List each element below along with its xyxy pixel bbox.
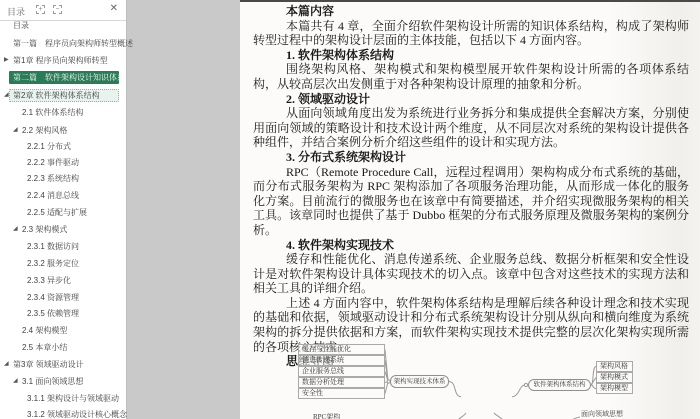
toc-item-label: 3.1 面向领域思想 bbox=[22, 374, 83, 389]
toc-item[interactable]: 2.3.2 服务定位 bbox=[0, 256, 126, 271]
toc-item[interactable]: ◢2.3 架构模式 bbox=[0, 222, 126, 237]
tree-collapsed-icon[interactable]: ▶ bbox=[4, 53, 9, 68]
tree-expanded-icon[interactable]: ◢ bbox=[4, 88, 9, 103]
toc-item-label: 2.2.2 事件驱动 bbox=[27, 155, 79, 170]
toc-item[interactable]: 2.2.2 事件驱动 bbox=[0, 155, 126, 170]
toc-item[interactable]: 第二篇 软件架构设计知识体系 bbox=[0, 70, 126, 85]
collapse-all-icon[interactable]: − bbox=[53, 5, 62, 14]
toc-item-label: 2.2.5 适配与扩展 bbox=[27, 205, 87, 220]
mindmap-partial-label: 面向领域思想 bbox=[581, 410, 625, 419]
toc-item[interactable]: 3.1.1 架构设计与领域驱动 bbox=[0, 391, 126, 406]
section-heading: 4. 软件架构实现技术 bbox=[286, 238, 689, 253]
mindmap-partial-label: RPC架构 bbox=[313, 413, 347, 419]
toc-item[interactable]: 2.3.5 依赖管理 bbox=[0, 306, 126, 321]
toc-item-label: 2.2.1 分布式 bbox=[27, 139, 71, 154]
toc-item-label: 2.3.1 数据访问 bbox=[27, 239, 79, 254]
toc-item[interactable]: 3.1.2 领域驱动设计核心概念 bbox=[0, 407, 126, 419]
section-heading: 3. 分布式系统架构设计 bbox=[286, 150, 689, 165]
toc-item-label: 2.3.2 服务定位 bbox=[27, 256, 79, 271]
toc-item-label: 第1章 程序员向架构师转型 bbox=[13, 53, 108, 68]
close-icon[interactable]: ✕ bbox=[110, 3, 118, 15]
tree-expanded-icon[interactable]: ◢ bbox=[13, 222, 18, 237]
page-body-text: 本篇内容本篇共有 4 章，全面介绍软件架构设计所需的知识体系结构，构成了架构师转… bbox=[253, 4, 689, 369]
toc-item[interactable]: ◢第2章 软件架构体系结构 bbox=[0, 88, 126, 103]
toc-item[interactable]: ◢2.2 架构风格 bbox=[0, 123, 126, 138]
tree-expanded-icon[interactable]: ◢ bbox=[13, 123, 18, 138]
mindmap-leaf: 架构风格 bbox=[596, 361, 633, 372]
toc-item[interactable]: 2.2.5 适配与扩展 bbox=[0, 205, 126, 220]
toc-item[interactable]: 2.3.3 异步化 bbox=[0, 273, 126, 288]
section-heading: 1. 软件架构体系结构 bbox=[286, 48, 689, 63]
toc-item-label: 2.5 本章小结 bbox=[22, 340, 67, 355]
tree-expanded-icon[interactable]: ◢ bbox=[13, 374, 18, 389]
toc-item-label: 2.3.5 依赖管理 bbox=[27, 306, 79, 321]
body-paragraph: 本篇共有 4 章，全面介绍软件架构设计所需的知识体系结构，构成了架构师转型过程中… bbox=[253, 19, 689, 48]
body-paragraph: 从面向领域角度出发为系统进行业务拆分和集成提供全套解决方案，分别使用面向领域的策… bbox=[253, 106, 689, 150]
toc-item[interactable]: 2.4 架构模型 bbox=[0, 323, 126, 338]
toc-item-label: 2.3 架构模式 bbox=[22, 222, 67, 237]
mindmap-leaf: 架构模式 bbox=[596, 372, 633, 383]
body-paragraph: 缓存和性能优化、消息传递系统、企业服务总线、数据分析框架和安全性设计是对软件架构… bbox=[253, 252, 689, 296]
toc-item-label: 第3章 领域驱动设计 bbox=[13, 357, 84, 372]
toc-item-label: 目录 bbox=[13, 18, 29, 33]
mindmap-branch-node: 软件架构体系结构 bbox=[528, 379, 591, 391]
toc-sidebar: 目录 + − ✕ 目录第一篇 程序员向架构师转型概述▶第1章 程序员向架构师转型… bbox=[0, 0, 127, 419]
toc-item[interactable]: 目录 bbox=[0, 18, 126, 33]
mindmap-leaf: 缓存与性能优化 bbox=[298, 344, 385, 355]
section-heading: 本篇内容 bbox=[286, 4, 689, 19]
toc-item-label: 第一篇 程序员向架构师转型概述 bbox=[13, 36, 133, 51]
toc-item-label: 2.3.3 异步化 bbox=[27, 273, 71, 288]
body-paragraph: RPC（Remote Procedure Call，远程过程调用）架构构成分布式… bbox=[253, 165, 689, 238]
toc-item[interactable]: 2.5 本章小结 bbox=[0, 340, 126, 355]
section-heading: 2. 领域驱动设计 bbox=[286, 92, 689, 107]
toc-item[interactable]: 2.3.1 数据访问 bbox=[0, 239, 126, 254]
toc-item-label: 2.3.4 资源管理 bbox=[27, 290, 79, 305]
toc-item-label: 3.1.1 架构设计与领域驱动 bbox=[27, 391, 119, 406]
toc-item-label: 2.1 软件体系结构 bbox=[22, 105, 83, 120]
mindmap-leaf: 企业服务总线 bbox=[298, 366, 385, 377]
body-paragraph: 围绕架构风格、架构模式和架构模型展开软件架构设计所需的各项体系结构，从较高层次出… bbox=[253, 62, 689, 91]
toc-item[interactable]: ◢3.1 面向领域思想 bbox=[0, 374, 126, 389]
toc-item[interactable]: 2.3.4 资源管理 bbox=[0, 290, 126, 305]
toc-item-label: 2.2.4 消息总线 bbox=[27, 188, 79, 203]
toc-item[interactable]: ▶第1章 程序员向架构师转型 bbox=[0, 53, 126, 68]
toc-item-label: 第二篇 软件架构设计知识体系 bbox=[13, 70, 125, 85]
mindmap-branch-node: 架构实现技术体系 bbox=[390, 375, 449, 388]
mindmap-leaf: 安全性 bbox=[298, 388, 385, 399]
toc-item-label: 2.4 架构模型 bbox=[22, 323, 67, 338]
mindmap-leaf: 消息传递系统 bbox=[298, 355, 385, 366]
tree-expanded-icon[interactable]: ◢ bbox=[4, 357, 9, 372]
toc-item-label: 2.2.3 系统结构 bbox=[27, 171, 79, 186]
mindmap-leaf: 架构模型 bbox=[596, 383, 633, 394]
toc-item-label: 2.2 架构风格 bbox=[22, 123, 67, 138]
toc-title: 目录 bbox=[7, 5, 25, 18]
toc-item[interactable]: 2.2.4 消息总线 bbox=[0, 188, 126, 203]
toc-item-label: 第2章 软件架构体系结构 bbox=[13, 88, 100, 103]
toc-item[interactable]: 2.2.1 分布式 bbox=[0, 139, 126, 154]
toc-item-label: 3.1.2 领域驱动设计核心概念 bbox=[27, 407, 127, 419]
mindmap-leaf: 数据分析处理 bbox=[298, 377, 385, 388]
toc-item[interactable]: 2.1 软件体系结构 bbox=[0, 105, 126, 120]
toc-item[interactable]: 2.2.3 系统结构 bbox=[0, 171, 126, 186]
toc-item[interactable]: ◢第3章 领域驱动设计 bbox=[0, 357, 126, 372]
toc-item[interactable]: 第一篇 程序员向架构师转型概述 bbox=[0, 36, 126, 51]
expand-all-icon[interactable]: + bbox=[36, 5, 45, 14]
